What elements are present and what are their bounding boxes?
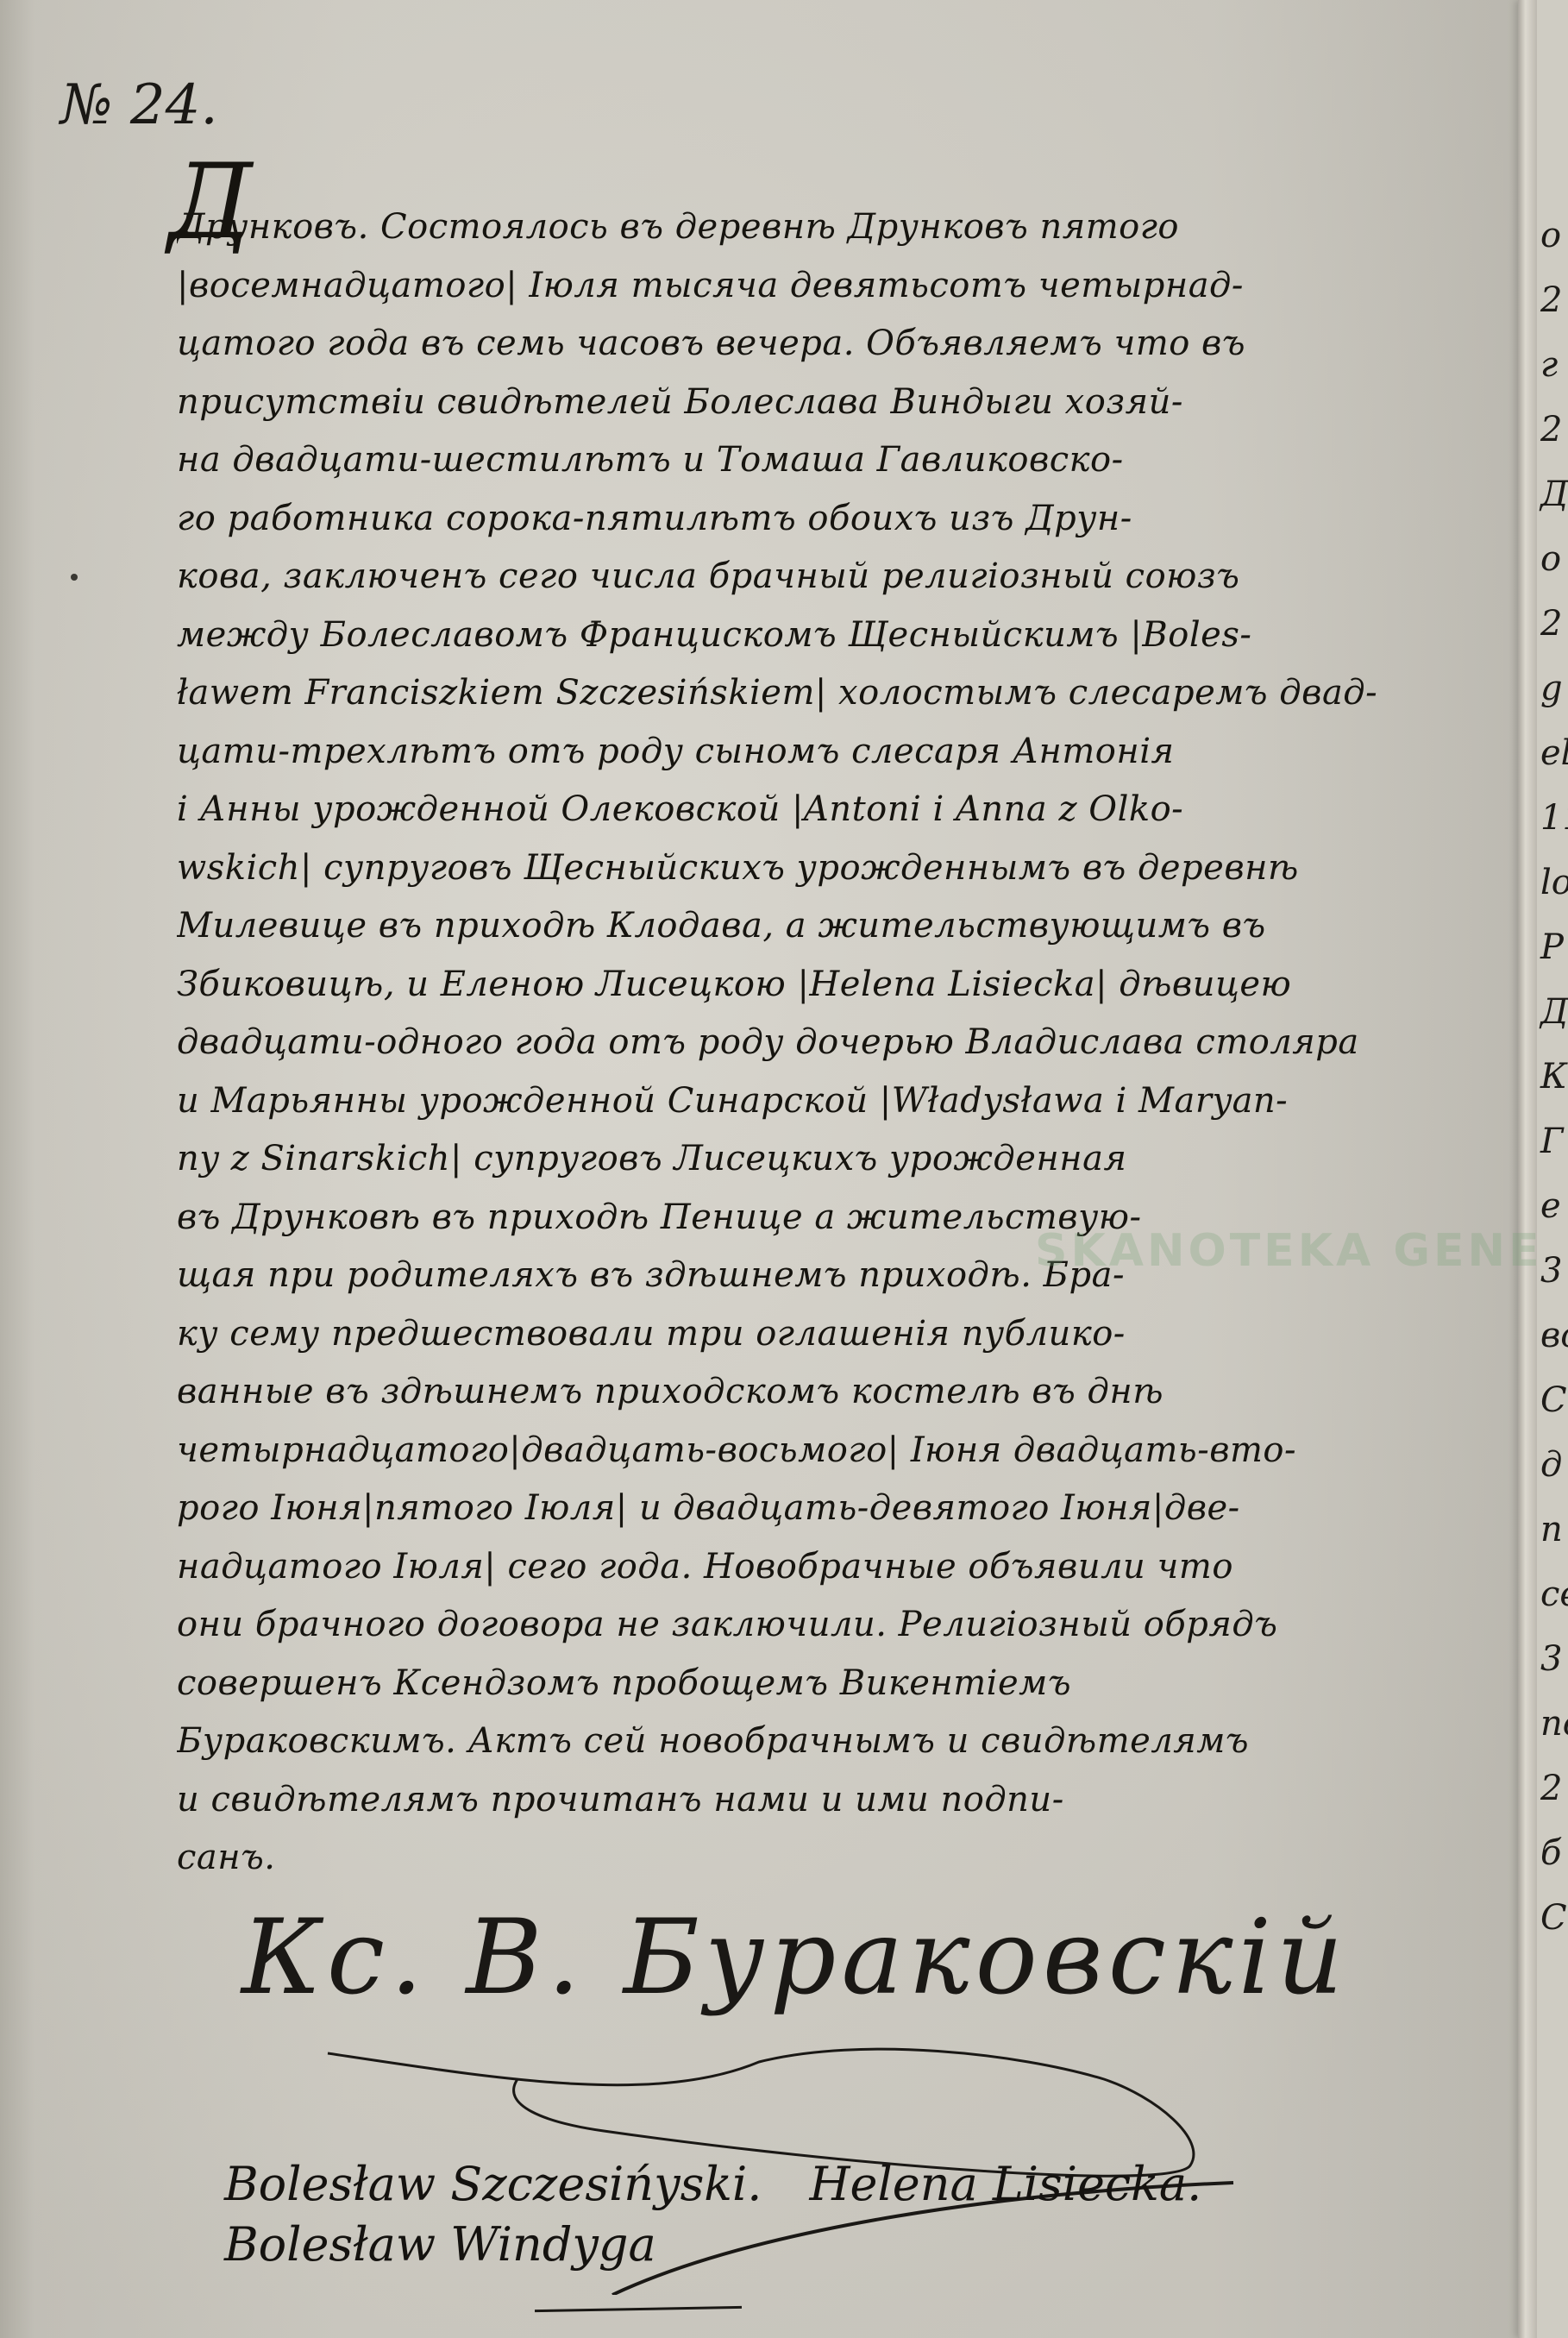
adjacent-page-fragment: Р — [1540, 927, 1564, 967]
record-line: надцатого Іюля| сего года. Новобрачные о… — [177, 1538, 1522, 1597]
record-line: ny z Sinarskich| супруговъ Лисецкихъ уро… — [177, 1130, 1522, 1189]
adjacent-page-fragment: д — [1540, 1445, 1562, 1485]
adjacent-page-fragment: се — [1540, 1574, 1568, 1614]
adjacent-page-fragment: 2 — [1540, 604, 1562, 644]
signature-row-2: Bolesław Windyga — [224, 2217, 1201, 2278]
record-line: на двадцати-шестилѣтъ и Томаша Гавликовс… — [177, 431, 1522, 490]
adjacent-page-fragment: 2 — [1540, 280, 1562, 320]
record-line: кова, заключенъ сего числа брачный религ… — [177, 548, 1522, 606]
signature-row-1: Bolesław Szczesińyski. Helena Lisiecka. — [224, 2157, 1201, 2217]
adjacent-page-fragment: по — [1540, 1704, 1568, 1744]
adjacent-page-fragment: 2 — [1540, 410, 1562, 449]
priest-signature: Кс. В. Бураковскій — [241, 1898, 1348, 2018]
adjacent-page-fragment: б — [1540, 1833, 1561, 1873]
adjacent-page-fragment: 11 — [1540, 798, 1568, 838]
adjacent-page-fragment: o — [1540, 539, 1561, 579]
record-line: и свидѣтелямъ прочитанъ нами и ими подпи… — [177, 1771, 1522, 1830]
adjacent-page-fragment: о — [1540, 216, 1561, 255]
adjacent-page-fragment: g — [1540, 669, 1563, 708]
adjacent-page-fragment: е — [1540, 1186, 1561, 1226]
witness-signatures: Bolesław Szczesińyski. Helena Lisiecka. … — [224, 2157, 1201, 2278]
adjacent-page-fragment: 3 — [1540, 1639, 1562, 1679]
record-line: они брачного договора не заключили. Рели… — [177, 1596, 1522, 1655]
adjacent-page-fragment: 2 — [1540, 1769, 1562, 1808]
adjacent-page-fragment: el — [1540, 733, 1568, 773]
record-line: четырнадцатого|двадцать-восьмого| Іюня д… — [177, 1422, 1522, 1480]
record-line: Збиковицѣ, и Еленою Лисецкою |Helena Lis… — [177, 956, 1522, 1015]
record-line: цатого года въ семь часовъ вечера. Объяв… — [177, 315, 1522, 374]
record-line: wskich| супруговъ Щесныйскихъ урожденным… — [177, 839, 1522, 898]
adjacent-page-fragment: 3 — [1540, 1251, 1562, 1291]
record-line: го работника сорока-пятилѣтъ обоихъ изъ … — [177, 490, 1522, 549]
record-line: Бураковскимъ. Актъ сей новобрачнымъ и св… — [177, 1713, 1522, 1771]
record-line: совершенъ Ксендзомъ пробощемъ Викентіемъ — [177, 1655, 1522, 1713]
record-line: ванные въ здѣшнемъ приходскомъ костелѣ в… — [177, 1363, 1522, 1422]
adjacent-page-edge: о2г2Дo2gel11loРДКоГе3воСдпсе3по2бСе — [1537, 0, 1568, 2338]
adjacent-page-fragment: п — [1540, 1510, 1563, 1549]
adjacent-page-fragment: г — [1540, 345, 1558, 385]
margin-dot — [71, 574, 78, 581]
record-line: присутствіи свидѣтелей Болеслава Виндыги… — [177, 374, 1522, 432]
witness-signature: Bolesław Windyga — [224, 2217, 656, 2272]
record-line: между Болеславомъ Францискомъ Щесныйским… — [177, 606, 1522, 665]
record-line: і Анны урожденной Олековской |Antoni i A… — [177, 781, 1522, 839]
record-body: Друнковъ. Состоялось въ деревнѣ Друнковъ… — [177, 198, 1522, 1888]
adjacent-page-fragment: во — [1540, 1316, 1568, 1355]
record-line: санъ. — [177, 1829, 1522, 1888]
adjacent-page-fragment: С — [1540, 1380, 1567, 1420]
bride-signature: Helena Lisiecka. — [809, 2157, 1201, 2211]
adjacent-page-fragment: Г — [1540, 1122, 1563, 1161]
record-line: и Марьянны урожденной Синарской |Władysł… — [177, 1072, 1522, 1131]
adjacent-page-fragment: Д — [1540, 992, 1568, 1032]
record-line: ławem Franciszkiem Szczesińskiem| холост… — [177, 664, 1522, 723]
record-line: цати-трехлѣтъ отъ роду сыномъ слесаря Ан… — [177, 723, 1522, 782]
record-line: |восемнадцатого| Іюля тысяча девятьсотъ … — [177, 257, 1522, 316]
groom-signature: Bolesław Szczesińyski. — [224, 2157, 762, 2211]
record-line: рого Іюня|пятого Іюля| и двадцать-девято… — [177, 1480, 1522, 1538]
record-line: Милевице въ приходѣ Клодава, а жительств… — [177, 897, 1522, 956]
record-line: ку сему предшествовали три оглашенія пуб… — [177, 1305, 1522, 1364]
record-line: двадцати-одного года отъ роду дочерью Вл… — [177, 1014, 1522, 1072]
adjacent-page-fragment: lo — [1540, 863, 1568, 902]
adjacent-page-fragment: Се — [1540, 1898, 1568, 1938]
watermark: SKANOTEKA GENE — [1035, 1225, 1543, 1277]
adjacent-page-fragment: Ко — [1540, 1057, 1568, 1097]
entry-number: № 24. — [60, 73, 218, 137]
adjacent-page-fragment: Д — [1540, 475, 1568, 514]
record-line: Друнковъ. Состоялось въ деревнѣ Друнковъ… — [177, 198, 1522, 257]
